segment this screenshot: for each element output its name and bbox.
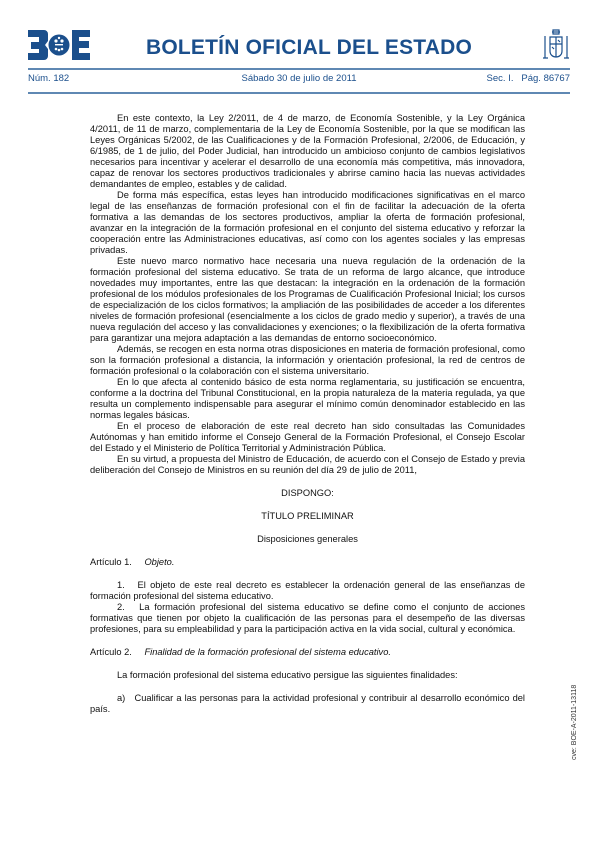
article-1-item: 2. La formación profesional del sistema … bbox=[90, 602, 525, 635]
paragraph: En lo que afecta al contenido básico de … bbox=[90, 377, 525, 421]
titulo-heading: TÍTULO PRELIMINAR bbox=[90, 511, 525, 522]
document-body: En este contexto, la Ley 2/2011, de 4 de… bbox=[90, 113, 525, 715]
article-1-item: 1. El objeto de este real decreto es est… bbox=[90, 580, 525, 602]
paragraph: Además, se recogen en esta norma otras d… bbox=[90, 344, 525, 377]
header-rule-top bbox=[28, 68, 570, 70]
cve-identifier: cve: BOE-A-2011-13118 bbox=[571, 685, 578, 760]
paragraph: Este nuevo marco normativo hace necesari… bbox=[90, 256, 525, 344]
article-2-title: Finalidad de la formación profesional de… bbox=[144, 647, 391, 657]
article-2-label: Artículo 2. bbox=[90, 647, 132, 657]
header-rule-bottom bbox=[28, 92, 570, 94]
article-2-intro: La formación profesional del sistema edu… bbox=[90, 670, 525, 681]
coat-of-arms-icon bbox=[542, 28, 570, 62]
article-2-heading: Artículo 2. Finalidad de la formación pr… bbox=[90, 647, 525, 658]
section-page: Sec. I. Pág. 86767 bbox=[487, 73, 570, 84]
article-1-heading: Artículo 1. Objeto. bbox=[90, 557, 525, 568]
article-2-item: a) Cualificar a las personas para la act… bbox=[90, 693, 525, 715]
document-header: BOLETÍN OFICIAL DEL ESTADO bbox=[28, 30, 570, 64]
disposiciones-heading: Disposiciones generales bbox=[90, 534, 525, 545]
article-1-label: Artículo 1. bbox=[90, 557, 132, 567]
boe-logo-icon bbox=[28, 30, 90, 60]
paragraph: De forma más específica, estas leyes han… bbox=[90, 190, 525, 256]
article-1-title: Objeto. bbox=[144, 557, 174, 567]
paragraph: En este contexto, la Ley 2/2011, de 4 de… bbox=[90, 113, 525, 190]
issue-meta: Núm. 182 Sábado 30 de julio de 2011 Sec.… bbox=[28, 73, 570, 87]
paragraph: En el proceso de elaboración de este rea… bbox=[90, 421, 525, 454]
paragraph: En su virtud, a propuesta del Ministro d… bbox=[90, 454, 525, 476]
publication-title: BOLETÍN OFICIAL DEL ESTADO bbox=[146, 36, 472, 60]
dispongo-heading: DISPONGO: bbox=[90, 488, 525, 499]
